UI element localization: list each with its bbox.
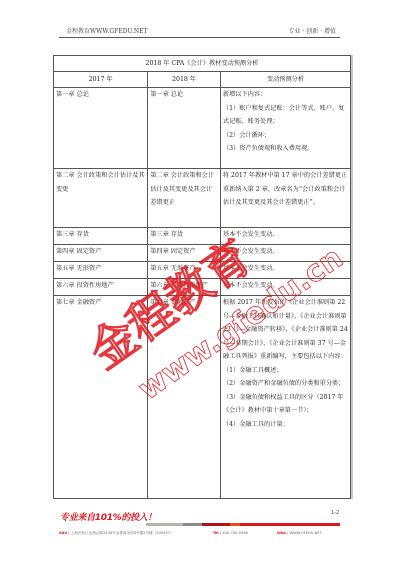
page-header: 金程教育WWW.GFEDU.NET 专业 · 创新 · 增值 (59, 28, 340, 38)
column-header-analysis: 变动预测分析 (220, 72, 350, 88)
cell-analysis: 新增以下内容： （1）账户和复式记账：会计等式、账户、复式记账、账务处理； （2… (220, 88, 350, 169)
table-row: 第五章 无形资产 第五章 无形资产 基本不会发生变动。 (54, 262, 351, 279)
footer-tel: Tel / 400-700-9596 (213, 531, 248, 535)
table-row: 第三章 存货 第三章 存货 基本不会发生变动。 (54, 228, 351, 245)
cell-2018: 第七章 金融资产 (148, 296, 221, 499)
cell-2018: 第六章 投资性房地产 (148, 279, 221, 296)
table-row: 第六章 投资性房地产 第六章 投资性房地产 基本不会发生变动。 (54, 279, 351, 296)
cell-2017: 第三章 存货 (54, 228, 148, 245)
table-row: 第四章 固定资产 第四章 固定资产 基本不会发生变动。 (54, 245, 351, 262)
cell-2017: 第七章 金融资产 (54, 296, 148, 499)
footer-address: Add / 上海市松江区泗泾路2539号金程商务园3号楼2号楼（200437） (59, 531, 174, 536)
analysis-line: （1）账户和复式记账：会计等式、账户、复式记账、账务处理； (223, 102, 348, 129)
footer-bar-segment (230, 523, 240, 526)
cell-2017: 第一章 总论 (54, 88, 148, 169)
table-row: 第七章 金融资产 第七章 金融资产 根据 2017 年新发布的《企业会计准则第 … (54, 296, 351, 499)
footer-bar-segment (202, 523, 230, 526)
analysis-line: （2）会计循环； (223, 129, 348, 143)
footer-bar-segment (183, 523, 202, 526)
footer-contacts: Add / 上海市松江区泗泾路2539号金程商务园3号楼2号楼（200437） … (59, 531, 344, 538)
analysis-line: 根据 2017 年新发布的《企业会计准则第 22 号—金融工具确认和计量》、《企… (223, 296, 348, 364)
table-header-row: 2017 年 2018 年 变动预测分析 (54, 72, 351, 88)
footer-slogan: 专业来自101%的投入！ (60, 510, 156, 523)
cell-2017: 第四章 固定资产 (54, 245, 148, 262)
address-value: 上海市松江区泗泾路2539号金程商务园3号楼2号楼（200437） (71, 531, 174, 535)
analysis-line: （3）资产负债观和收入费用观。 (223, 142, 348, 156)
cell-2018: 第三章 存货 (148, 228, 221, 245)
web-label: Web / (277, 531, 288, 535)
address-label: Add / (59, 531, 70, 535)
cell-2018: 第五章 无形资产 (148, 262, 221, 279)
header-brand: 金程教育WWW.GFEDU.NET (66, 28, 148, 36)
cell-2018: 第二章 会计政策和会计估计及其变更及其会计差错更正 (148, 169, 221, 228)
table-row: 第二章 会计政策和会计估计及其变更 第二章 会计政策和会计估计及其变更及其会计差… (54, 169, 351, 228)
analysis-line: （4）金融工具的计量； (223, 418, 348, 432)
cell-analysis: 基本不会发生变动。 (220, 245, 350, 262)
footer-bar-segment (240, 523, 340, 526)
cell-2017: 第五章 无形资产 (54, 262, 148, 279)
tel-value: 400-700-9596 (222, 531, 247, 535)
analysis-line: （3）金融负债和权益工具的区分（2017 年《会计》教材中第十章第一节）； (223, 391, 348, 418)
header-motto: 专业 · 创新 · 增值 (289, 28, 336, 36)
cell-analysis: 将 2017 年教材中第 17 章中的会计差错更正重新纳入第 2 章，改章名为“… (220, 169, 350, 228)
page-number: 1-2 (331, 510, 339, 516)
column-header-2017: 2017 年 (54, 72, 148, 88)
cell-analysis: 基本不会发生变动。 (220, 262, 350, 279)
analysis-line: （2）金融资产和金融负债的分类和重分类； (223, 377, 348, 391)
cell-analysis: 基本不会发生变动。 (220, 228, 350, 245)
cell-2017: 第二章 会计政策和会计估计及其变更 (54, 169, 148, 228)
web-value: WWW.GFEDU.NET (290, 531, 322, 535)
tel-label: Tel / (213, 531, 221, 535)
column-header-2018: 2018 年 (148, 72, 221, 88)
cell-analysis: 根据 2017 年新发布的《企业会计准则第 22 号—金融工具确认和计量》、《企… (220, 296, 350, 499)
cell-2018: 第一章 总论 (148, 88, 221, 169)
table-row: 第一章 总论 第一章 总论 新增以下内容： （1）账户和复式记账：会计等式、账户… (54, 88, 351, 169)
footer-web: Web / WWW.GFEDU.NET (277, 531, 322, 535)
table-title: 2018 年 CPA《会计》教材变动预测分析 (54, 56, 351, 72)
table-title-row: 2018 年 CPA《会计》教材变动预测分析 (54, 56, 351, 72)
cell-analysis: 基本不会发生变动。 (220, 279, 350, 296)
analysis-line: （1）金融工具概述； (223, 364, 348, 378)
cell-2018: 第四章 固定资产 (148, 245, 221, 262)
textbook-change-table: 2018 年 CPA《会计》教材变动预测分析 2017 年 2018 年 变动预… (53, 55, 351, 499)
analysis-line: 新增以下内容： (223, 88, 348, 102)
footer-bar-segment (146, 523, 183, 526)
cell-2017: 第六章 投资性房地产 (54, 279, 148, 296)
